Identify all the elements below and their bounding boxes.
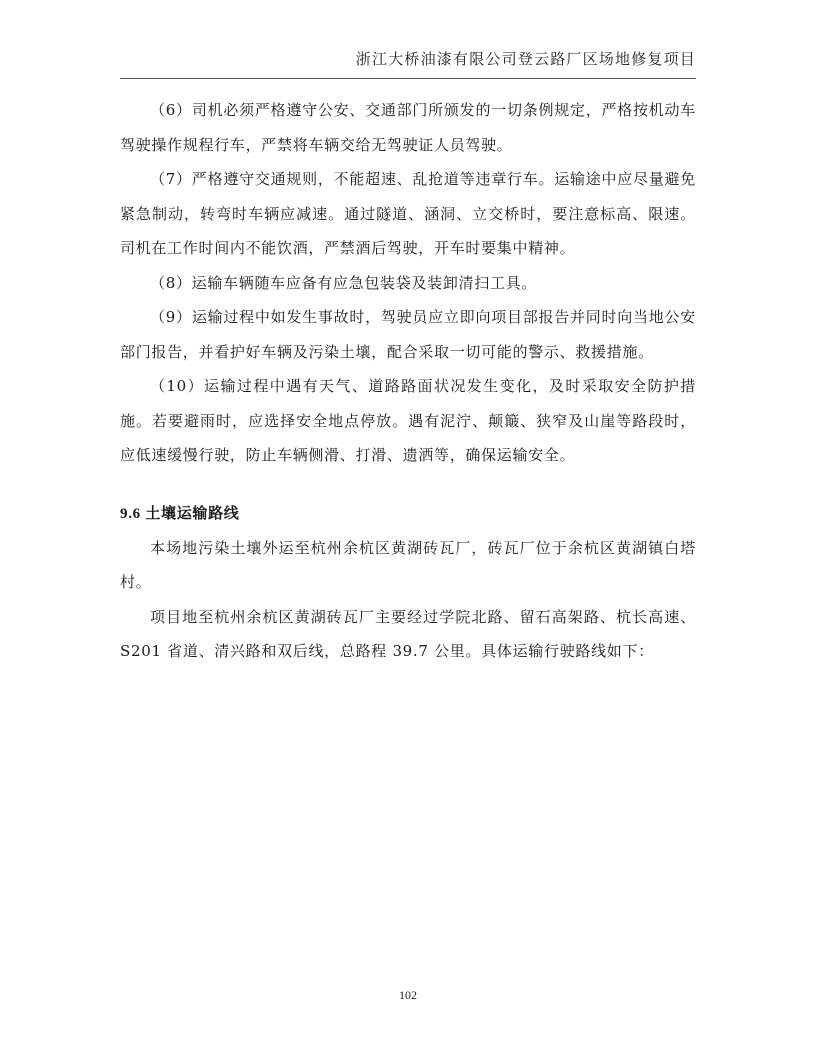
page-number: 102: [0, 988, 816, 1003]
section-heading: 9.6 土壤运输路线: [120, 497, 696, 531]
paragraph-route: 项目地至杭州余杭区黄湖砖瓦厂主要经过学院北路、留石高架路、杭长高速、S201 省…: [120, 600, 696, 669]
running-header: 浙江大桥油漆有限公司登云路厂区场地修复项目: [120, 48, 696, 69]
paragraph-item-9: （9）运输过程中如发生事故时，驾驶员应立即向项目部报告并同时向当地公安部门报告，…: [120, 300, 696, 369]
header-divider: [120, 78, 696, 79]
paragraph-destination: 本场地污染土壤外运至杭州余杭区黄湖砖瓦厂，砖瓦厂位于余杭区黄湖镇白塔村。: [120, 531, 696, 600]
paragraph-item-10: （10）运输过程中遇有天气、道路路面状况发生变化，及时采取安全防护措施。若要避雨…: [120, 369, 696, 473]
paragraph-item-7: （7）严格遵守交通规则，不能超速、乱抢道等违章行车。运输途中应尽量避免紧急制动，…: [120, 162, 696, 266]
paragraph-item-8: （8）运输车辆随车应备有应急包装袋及装卸清扫工具。: [120, 266, 696, 301]
page-body: （6）司机必须严格遵守公安、交通部门所颁发的一切条例规定，严格按机动车驾驶操作规…: [120, 93, 696, 669]
paragraph-item-6: （6）司机必须严格遵守公安、交通部门所颁发的一切条例规定，严格按机动车驾驶操作规…: [120, 93, 696, 162]
